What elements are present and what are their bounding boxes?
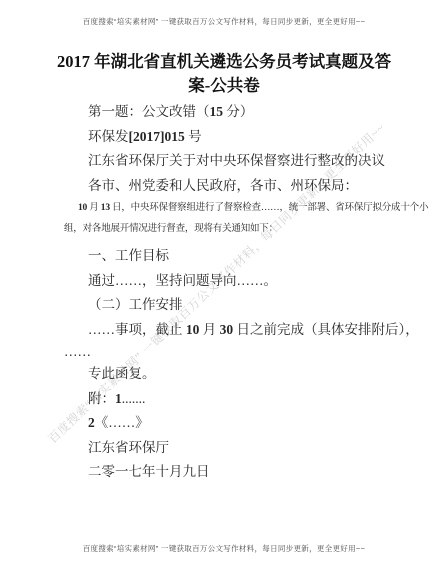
doc-text-segment: ....... bbox=[122, 391, 146, 406]
doc-line-q-heading: 第一题：公文改错（15 分） bbox=[64, 100, 420, 125]
doc-text-segment: 分） bbox=[223, 104, 253, 119]
doc-line-doc-number: 环保发[2017]015 号 bbox=[64, 125, 420, 150]
doc-line-attachment-1: 附：1....... bbox=[64, 387, 420, 412]
doc-line-addressee: 各市、州党委和人民政府，各市、州环保局： bbox=[64, 174, 420, 199]
doc-text-segment: 江东省环保厅 bbox=[88, 440, 169, 455]
doc-line-para-inspect-1: 10 月 13 日，中央环保督察组进行了督察检查……，统一部署、省环保厅拟分成十… bbox=[64, 198, 420, 219]
promo-banner-top: 百度搜索“培实素材网” 一键获取百万公文写作材料，每日同步更新，更全更好用~~ bbox=[0, 16, 448, 27]
doc-text-segment: 专此函复。 bbox=[88, 366, 156, 381]
doc-line-arrange-text: ……事项，截止 10 月 30 日之前完成（具体安排附后）， bbox=[64, 318, 420, 343]
doc-text-segment: 1 bbox=[115, 391, 122, 406]
doc-text-segment: [2017]015 bbox=[129, 129, 185, 144]
doc-line-sign-date: 二零一七年十月九日 bbox=[64, 460, 420, 485]
doc-line-ellipsis: …… bbox=[64, 342, 420, 362]
doc-text-segment: （二）工作安排 bbox=[88, 297, 183, 312]
promo-banner-bottom: 百度搜索“培实素材网” 一键获取百万公文写作材料，每日同步更新，更全更好用~~ bbox=[0, 543, 448, 554]
page: { "banner": { "text": "百度搜索“培实素材网” 一键获取百… bbox=[0, 0, 448, 580]
document-body: 第一题：公文改错（15 分）环保发[2017]015 号江东省环保厅关于对中央环… bbox=[64, 100, 420, 485]
doc-text-segment: 通过……，坚持问题导向……。 bbox=[88, 273, 277, 288]
doc-text-segment: 30 bbox=[220, 322, 234, 337]
doc-text-segment: 江东省环保厅关于对中央环保督察进行整改的决议 bbox=[88, 153, 385, 168]
doc-text-segment: 组，对各地展开情况进行督查，现将有关通知如下： bbox=[64, 224, 278, 234]
doc-text-segment: 第一题：公文改错（ bbox=[88, 104, 210, 119]
doc-line-goal-text: 通过……，坚持问题导向……。 bbox=[64, 269, 420, 294]
doc-text-segment: 月 bbox=[199, 322, 219, 337]
doc-text-segment: 10 bbox=[186, 322, 200, 337]
doc-line-attachment-2: 2《……》 bbox=[64, 411, 420, 436]
doc-text-segment: 二零一七年十月九日 bbox=[88, 464, 210, 479]
page-title: 2017 年湖北省直机关遴选公务员考试真题及答案-公共卷 bbox=[48, 0, 400, 98]
doc-text-segment: 日，中央环保督察组进行了督察检查……，统一部署、省环保厅拟分成十个小 bbox=[110, 203, 428, 213]
doc-line-signer: 江东省环保厅 bbox=[64, 436, 420, 461]
doc-line-doc-subject: 江东省环保厅关于对中央环保督察进行整改的决议 bbox=[64, 149, 420, 174]
doc-text-segment: ……事项，截止 bbox=[88, 322, 186, 337]
doc-text-segment: 附： bbox=[88, 391, 115, 406]
doc-text-segment: 《……》 bbox=[95, 415, 149, 430]
doc-text-segment: 日之前完成（具体安排附后）， bbox=[233, 322, 419, 337]
doc-text-segment: 2 bbox=[88, 415, 95, 430]
doc-text-segment: …… bbox=[64, 344, 91, 359]
doc-text-segment: 13 bbox=[101, 203, 110, 213]
doc-line-para-inspect-2: 组，对各地展开情况进行督查，现将有关通知如下： bbox=[64, 219, 420, 240]
doc-text-segment: 环保发 bbox=[88, 129, 129, 144]
doc-text-segment: 一、工作目标 bbox=[88, 248, 169, 263]
doc-text-segment: 号 bbox=[185, 129, 202, 144]
doc-text-segment: 15 bbox=[210, 104, 224, 119]
doc-text-segment: 10 bbox=[78, 203, 87, 213]
doc-text-segment: 月 bbox=[87, 203, 101, 213]
doc-line-section-arrange: （二）工作安排 bbox=[64, 293, 420, 318]
doc-line-reply: 专此函复。 bbox=[64, 362, 420, 387]
doc-line-section-goal: 一、工作目标 bbox=[64, 244, 420, 269]
doc-text-segment: 各市、州党委和人民政府，各市、州环保局： bbox=[88, 178, 358, 193]
